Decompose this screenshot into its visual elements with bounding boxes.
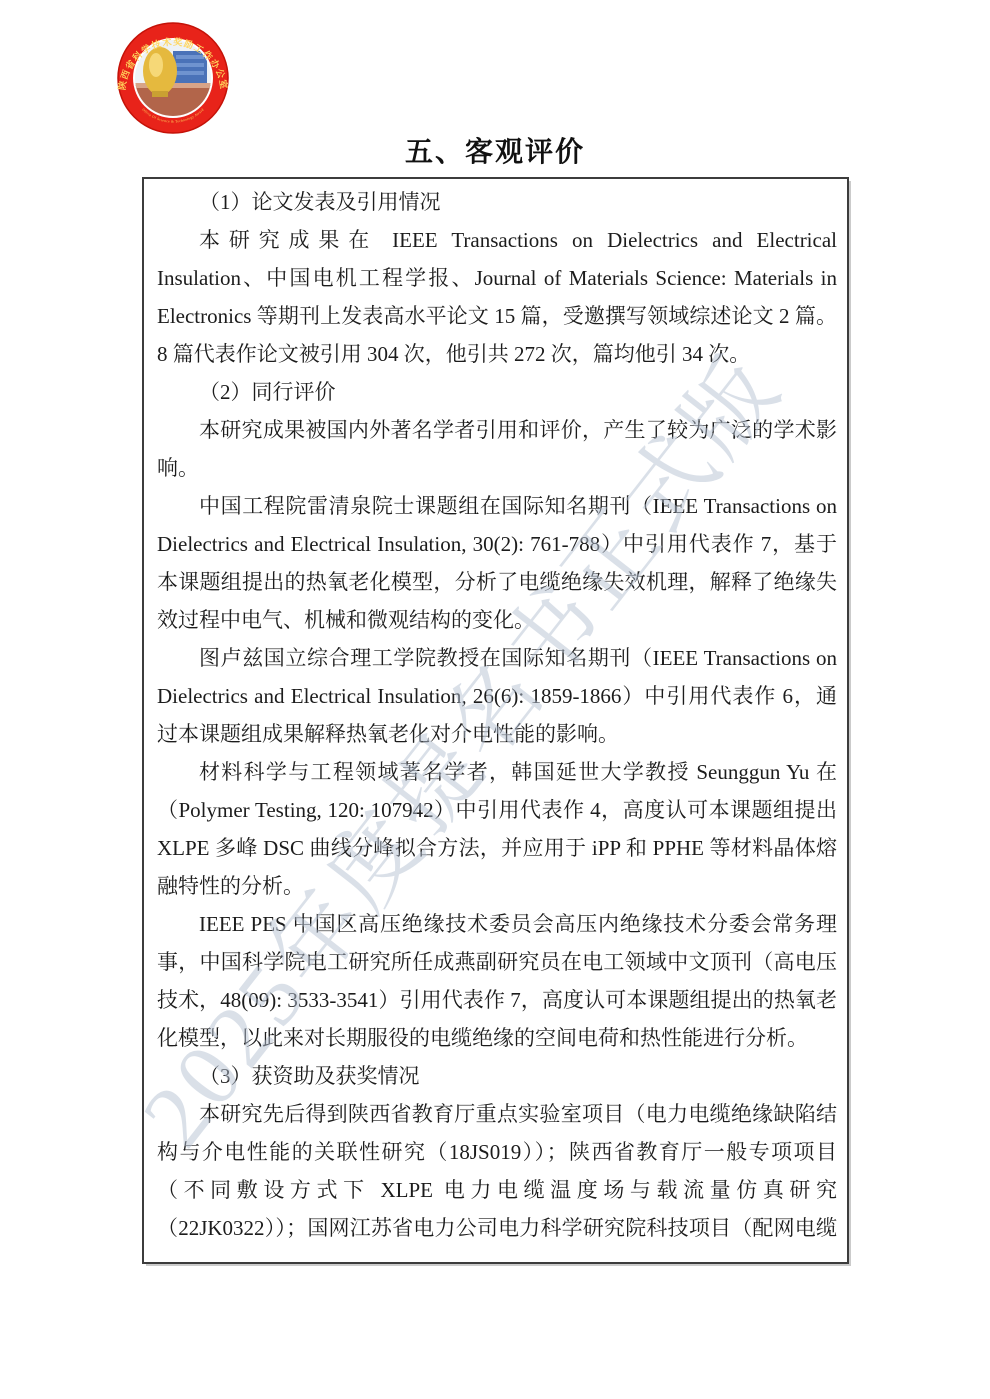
section-heading: （2）同行评价 <box>157 373 837 411</box>
organization-seal-logo: 陕西省科学技术奖励工作办公室 Office Of Science & Techn… <box>116 21 230 135</box>
section-heading: （1）论文发表及引用情况 <box>157 183 837 221</box>
page-title: 五、客观评价 <box>0 130 990 170</box>
document-page: { "page": { "title": "五、客观评价", "watermar… <box>0 0 990 1399</box>
seal-icon: 陕西省科学技术奖励工作办公室 Office Of Science & Techn… <box>116 21 230 135</box>
paragraph: 本研究先后得到陕西省教育厅重点实验室项目（电力电缆绝缘缺陷结构与介电性能的关联性… <box>157 1095 837 1247</box>
section-heading: （3）获资助及获奖情况 <box>157 1057 837 1095</box>
paragraph: 本研究成果在 IEEE Transactions on Dielectrics … <box>157 221 837 373</box>
sections-container: （1）论文发表及引用情况本研究成果在 IEEE Transactions on … <box>144 179 847 1247</box>
paragraph: 中国工程院雷清泉院士课题组在国际知名期刊（IEEE Transactions o… <box>157 487 837 639</box>
paragraph: IEEE PES 中国区高压绝缘技术委员会高压内绝缘技术分委会常务理事，中国科学… <box>157 905 837 1057</box>
paragraph: 图卢兹国立综合理工学院教授在国际知名期刊（IEEE Transactions o… <box>157 639 837 753</box>
content-table-cell: （1）论文发表及引用情况本研究成果在 IEEE Transactions on … <box>142 177 849 1264</box>
paragraph: 本研究成果被国内外著名学者引用和评价，产生了较为广泛的学术影响。 <box>157 411 837 487</box>
paragraph: 材料科学与工程领域著名学者，韩国延世大学教授 Seunggun Yu 在（Pol… <box>157 753 837 905</box>
